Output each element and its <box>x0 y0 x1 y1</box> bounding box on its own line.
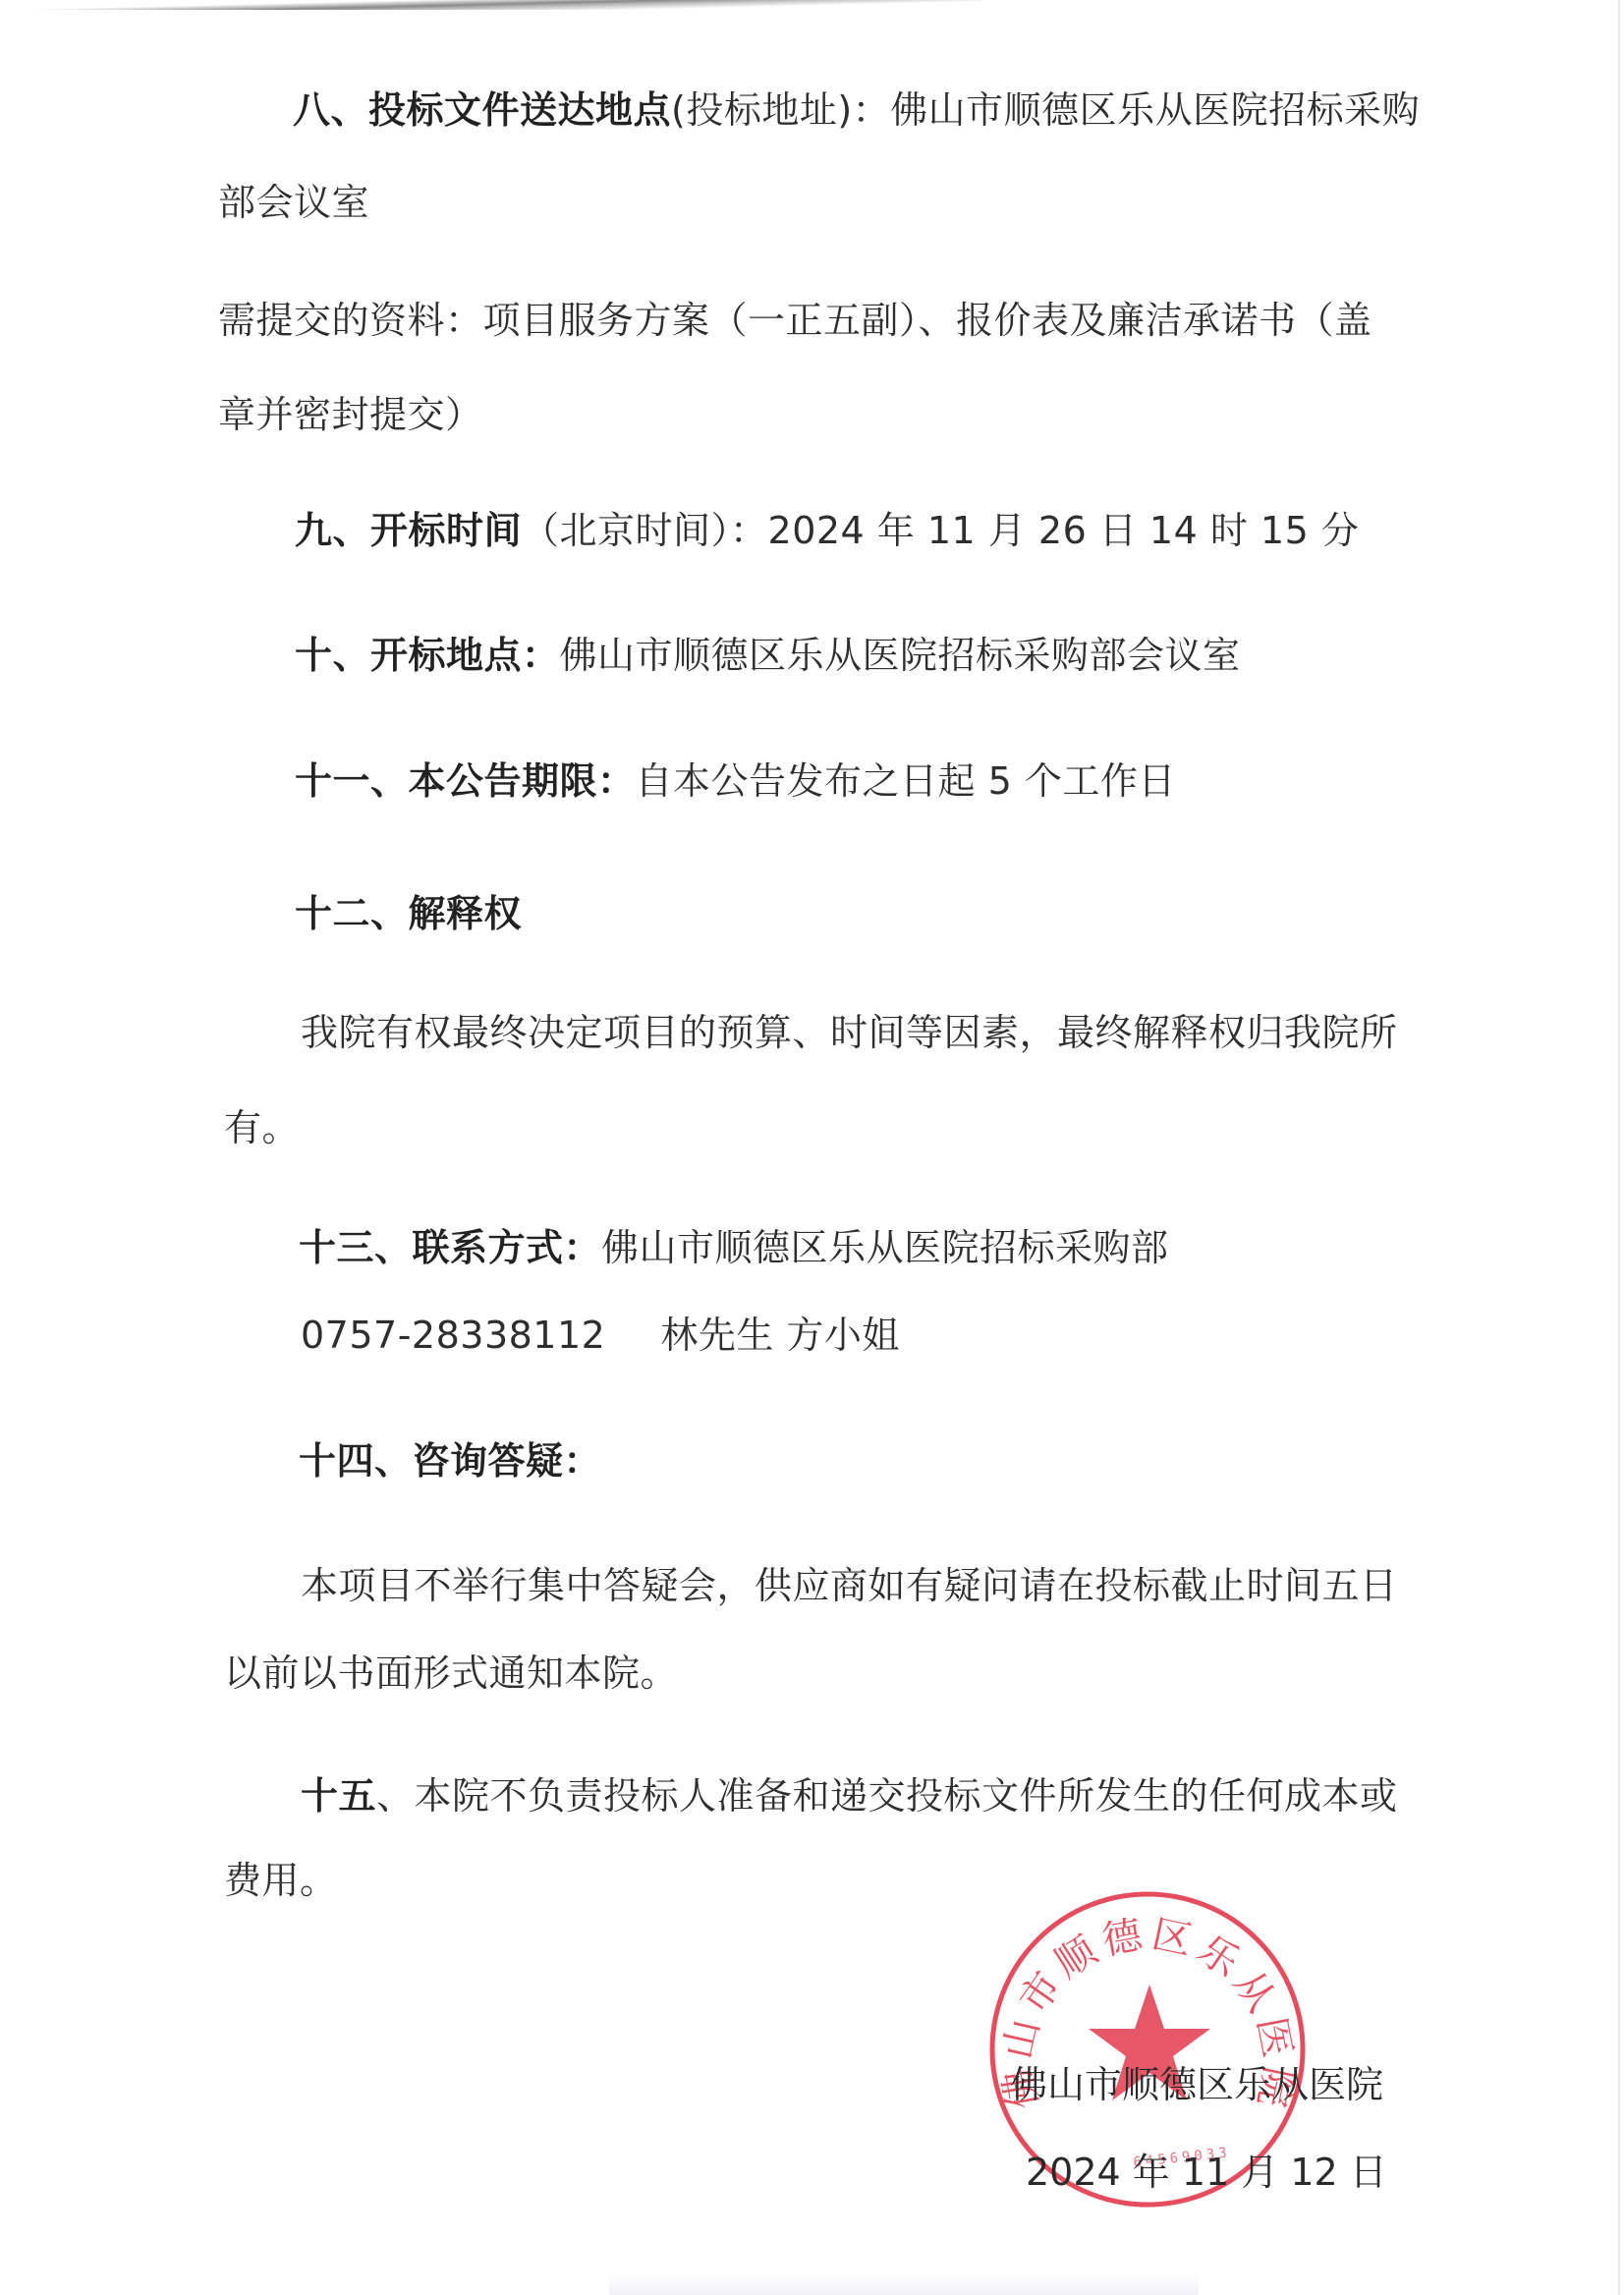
section-13-line: 十三、联系方式：佛山市顺德区乐从医院招标采购部 <box>299 1224 1169 1271</box>
section-10-line: 十、开标地点：佛山市顺德区乐从医院招标采购部会议室 <box>295 632 1241 679</box>
materials-continuation: 章并密封提交） <box>218 391 483 438</box>
section-10-heading: 十、开标地点： <box>295 634 560 677</box>
section-12-body: 我院有权最终决定项目的预算、时间等因素，最终解释权归我院所 <box>301 1009 1398 1056</box>
section-11-heading: 十一、本公告期限： <box>295 759 636 803</box>
section-14-heading: 十四、咨询答疑： <box>299 1437 601 1484</box>
section-11-line: 十一、本公告期限：自本公告发布之日起 5 个工作日 <box>295 757 1176 805</box>
section-8-heading: 八、投标文件送达地点 <box>293 88 671 132</box>
section-14-continuation: 以前以书面形式通知本院。 <box>224 1650 678 1697</box>
section-8-continuation: 部会议室 <box>218 179 369 226</box>
section-11-text: 自本公告发布之日起 5 个工作日 <box>636 759 1176 803</box>
scan-edge-shadow <box>0 0 982 10</box>
contact-phone: 0757-28338112 <box>301 1314 605 1357</box>
section-9-text: （北京时间）：2024 年 11 月 26 日 14 时 15 分 <box>522 509 1359 552</box>
contact-line: 0757-28338112林先生 方小姐 <box>301 1312 900 1359</box>
section-8-heading-suffix: (投标地址)： <box>671 88 890 132</box>
signature-organization: 佛山市顺德区乐从医院 <box>1010 2061 1383 2108</box>
section-8-line: 八、投标文件送达地点(投标地址)：佛山市顺德区乐从医院招标采购 <box>293 86 1420 134</box>
section-14-body: 本项目不举行集中答疑会，供应商如有疑问请在投标截止时间五日 <box>301 1562 1398 1609</box>
section-13-text: 佛山市顺德区乐从医院招标采购部 <box>601 1226 1169 1269</box>
signature-date: 2024 年 11 月 12 日 <box>1026 2149 1387 2196</box>
scan-edge-line <box>1618 0 1620 2295</box>
section-13-heading: 十三、联系方式： <box>299 1226 601 1269</box>
section-9-heading: 九、开标时间 <box>295 509 522 552</box>
materials-line: 需提交的资料：项目服务方案（一正五副）、报价表及廉洁承诺书（盖 <box>218 297 1372 344</box>
section-9-line: 九、开标时间（北京时间）：2024 年 11 月 26 日 14 时 15 分 <box>295 507 1359 554</box>
contact-persons: 林先生 方小姐 <box>660 1314 900 1357</box>
section-12-continuation: 有。 <box>224 1104 300 1151</box>
section-10-text: 佛山市顺德区乐从医院招标采购部会议室 <box>560 634 1241 677</box>
scan-edge-bottom <box>609 2273 1199 2295</box>
section-15-line: 十五、本院不负责投标人准备和递交投标文件所发生的任何成本或 <box>301 1772 1398 1819</box>
section-15-heading: 十五 <box>301 1774 376 1818</box>
section-15-continuation: 费用。 <box>224 1857 338 1904</box>
section-8-text: 佛山市顺德区乐从医院招标采购 <box>890 88 1420 132</box>
section-15-text: 、本院不负责投标人准备和递交投标文件所发生的任何成本或 <box>376 1774 1398 1818</box>
section-12-heading: 十二、解释权 <box>295 890 522 937</box>
